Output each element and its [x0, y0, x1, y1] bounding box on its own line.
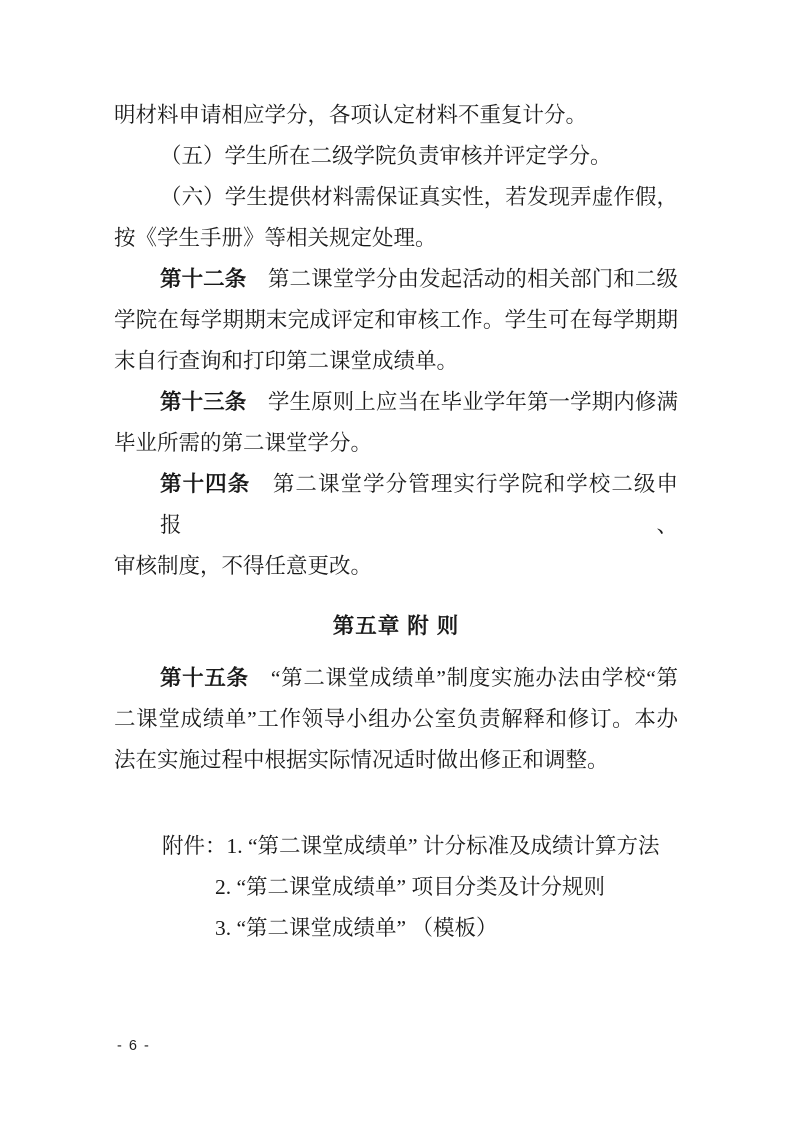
document-body: 明材料申请相应学分，各项认定材料不重复计分。（五）学生所在二级学院负责审核并评定…	[114, 95, 678, 949]
text-segment: 审核制度，不得任意更改。	[114, 554, 372, 578]
text-segment: “第二课堂成绩单”制度实施办法由学校“第	[249, 666, 678, 690]
text-segment: 学生原则上应当在毕业学年第一学期内修满	[246, 390, 678, 414]
paragraph-line: 学院在每学期期末完成评定和审核工作。学生可在每学期期	[114, 300, 678, 341]
attachment-line: 2. “第二课堂成绩单” 项目分类及计分规则	[215, 867, 678, 908]
paragraph-line: 第十四条 第二课堂学分管理实行学院和学校二级申报、	[160, 464, 678, 546]
paragraph-line: 明材料申请相应学分，各项认定材料不重复计分。	[114, 95, 678, 136]
document-page: 明材料申请相应学分，各项认定材料不重复计分。（五）学生所在二级学院负责审核并评定…	[0, 0, 793, 1122]
paragraph-line: 审核制度，不得任意更改。	[114, 546, 678, 587]
paragraph-line: （五）学生所在二级学院负责审核并评定学分。	[160, 136, 678, 177]
text-segment: 2. “第二课堂成绩单” 项目分类及计分规则	[215, 875, 605, 899]
text-segment: 第二课堂学分由发起活动的相关部门和二级	[246, 267, 678, 291]
text-segment: 末自行查询和打印第二课堂成绩单。	[114, 349, 458, 373]
article-number-label: 第十二条	[160, 267, 246, 291]
paragraph-line: 法在实施过程中根据实际情况适时做出修正和调整。	[114, 740, 678, 781]
text-segment: 二课堂成绩单”工作领导小组办公室负责解释和修订。本办	[114, 707, 678, 731]
attachment-line: 3. “第二课堂成绩单” （模板）	[215, 908, 678, 949]
text-segment: 法在实施过程中根据实际情况适时做出修正和调整。	[114, 748, 609, 772]
attachment-line: 附件：1. “第二课堂成绩单” 计分标准及成绩计算方法	[162, 826, 678, 867]
chapter-heading: 第五章 附 则	[114, 606, 678, 647]
article-number-label: 第五章 附 则	[333, 614, 459, 638]
page-number: - 6 -	[117, 1038, 150, 1054]
text-segment: 3. “第二课堂成绩单” （模板）	[215, 916, 497, 940]
text-segment: 按《学生手册》等相关规定处理。	[114, 226, 437, 250]
paragraph-line: 第十五条 “第二课堂成绩单”制度实施办法由学校“第	[160, 658, 678, 699]
text-segment: （五）学生所在二级学院负责审核并评定学分。	[160, 144, 612, 168]
text-segment: （六）学生提供材料需保证真实性，若发现弄虚作假，	[160, 185, 678, 209]
paragraph-line: （六）学生提供材料需保证真实性，若发现弄虚作假，	[160, 177, 678, 218]
text-segment: 明材料申请相应学分，各项认定材料不重复计分。	[114, 103, 587, 127]
paragraph-line: 毕业所需的第二课堂学分。	[114, 423, 678, 464]
paragraph-line: 二课堂成绩单”工作领导小组办公室负责解释和修订。本办	[114, 699, 678, 740]
paragraph-line: 第十三条 学生原则上应当在毕业学年第一学期内修满	[160, 382, 678, 423]
text-segment: 附件：1. “第二课堂成绩单” 计分标准及成绩计算方法	[162, 834, 659, 858]
article-number-label: 第十三条	[160, 390, 246, 414]
paragraph-line: 末自行查询和打印第二课堂成绩单。	[114, 341, 678, 382]
text-segment: 毕业所需的第二课堂学分。	[114, 431, 372, 455]
text-segment: 学院在每学期期末完成评定和审核工作。学生可在每学期期	[114, 308, 678, 332]
paragraph-line: 按《学生手册》等相关规定处理。	[114, 218, 678, 259]
paragraph-line: 第十二条 第二课堂学分由发起活动的相关部门和二级	[160, 259, 678, 300]
article-number-label: 第十五条	[160, 666, 249, 690]
article-number-label: 第十四条	[160, 472, 250, 496]
